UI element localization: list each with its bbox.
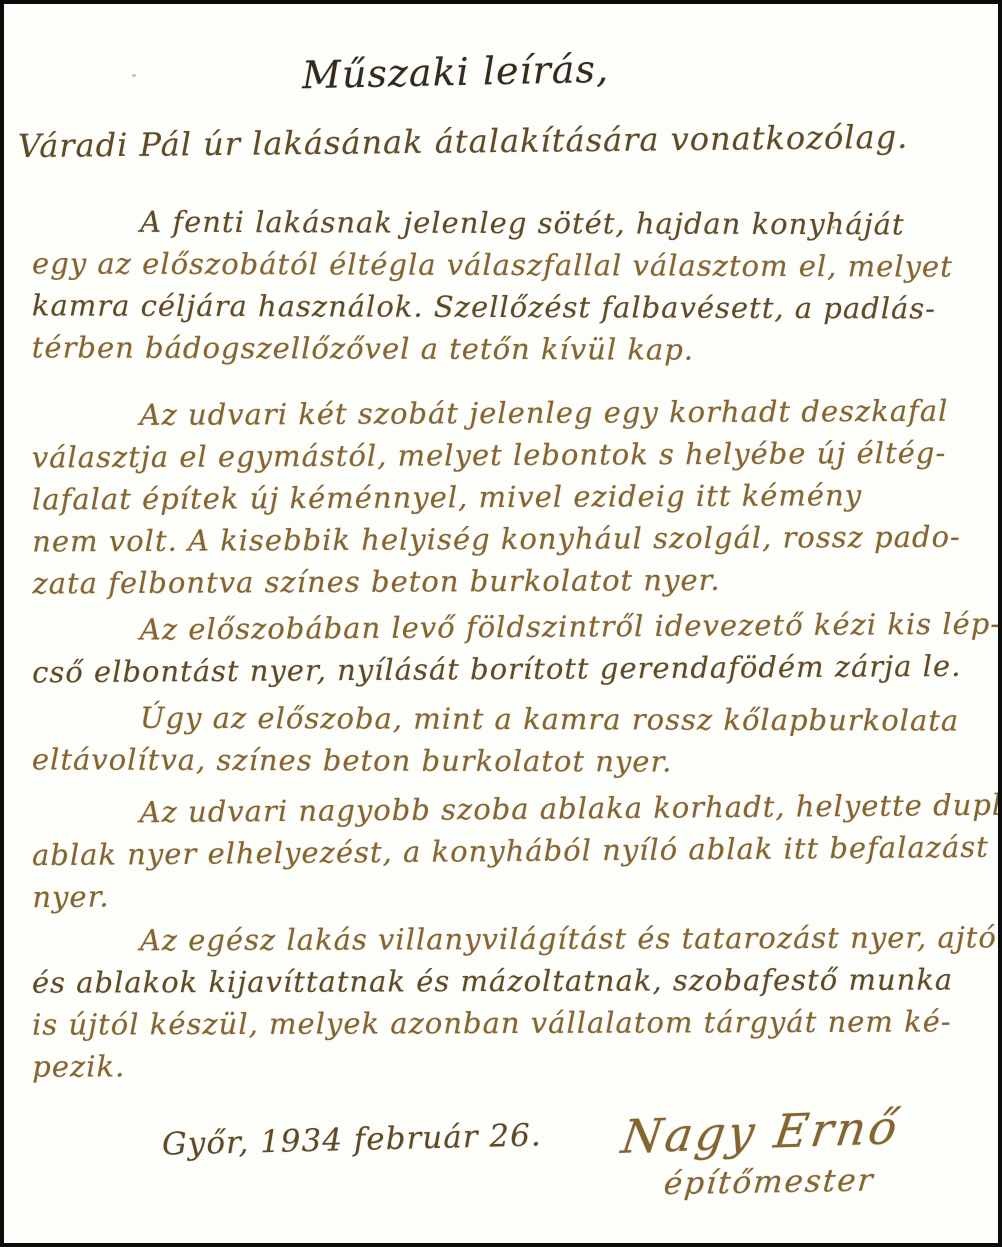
signature-name: Nagy Ernő: [618, 1098, 955, 1164]
text-line: nem volt. A kisebbik helyiség konyhául s…: [32, 516, 982, 563]
text-line: zata felbontva színes beton burkolatot n…: [32, 558, 982, 605]
paragraph-2: Az udvari két szobát jelenleg egy korhad…: [31, 390, 982, 605]
text-line: pezik.: [32, 1042, 982, 1087]
text-line: is újtól készül, melyek azonban vállalat…: [32, 1000, 982, 1045]
scanned-letter-page: Műszaki leírás, Váradi Pál úr lakásának …: [0, 0, 1002, 1247]
paragraph-3: Az előszobában levő földszintről ideveze…: [32, 603, 983, 694]
text-line: Az egész lakás villanyvilágítást és tata…: [32, 916, 982, 961]
signature-role: építőmester: [620, 1161, 953, 1203]
text-line: A fenti lakásnak jelenleg sötét, hajdan …: [32, 200, 982, 245]
text-line: Az előszobában levő földszintről ideveze…: [32, 603, 982, 652]
text-line: térben bádogszellőzővel a tetőn kívül ka…: [32, 326, 982, 371]
text-line: választja el egymástól, melyet lebontok …: [32, 432, 982, 479]
text-line: és ablakok kijavíttatnak és mázoltatnak,…: [32, 958, 982, 1003]
addressee-line: Váradi Pál úr lakásának átalakítására vo…: [18, 117, 990, 165]
paragraph-6: Az egész lakás villanyvilágítást és tata…: [32, 916, 983, 1087]
paragraph-4: Úgy az előszoba, mint a kamra rossz kőla…: [32, 696, 982, 783]
date-line: Győr, 1934 február 26.: [162, 1117, 542, 1162]
text-line: lafalat építek új kéménnyel, mivel ezide…: [32, 474, 982, 521]
text-line: eltávolítva, színes beton burkolatot nye…: [32, 738, 982, 783]
text-line: egy az előszobától éltégla válaszfallal …: [32, 242, 982, 287]
text-line: Az udvari két szobát jelenleg egy korhad…: [31, 390, 981, 437]
text-line: Úgy az előszoba, mint a kamra rossz kőla…: [32, 696, 982, 741]
paragraph-5: Az udvari nagyobb szoba ablaka korhadt, …: [31, 784, 982, 918]
text-line: cső elbontást nyer, nyílását borított ge…: [32, 645, 982, 694]
document-title: Műszaki leírás,: [302, 47, 610, 97]
signature-block: Nagy Ernő építőmester: [622, 1104, 952, 1200]
paragraph-1: A fenti lakásnak jelenleg sötét, hajdan …: [32, 200, 983, 371]
text-line: nyer.: [32, 868, 982, 918]
text-line: kamra céljára használok. Szellőzést falb…: [32, 284, 982, 329]
text-line: ablak nyer elhelyezést, a konyhából nyíl…: [32, 826, 982, 876]
